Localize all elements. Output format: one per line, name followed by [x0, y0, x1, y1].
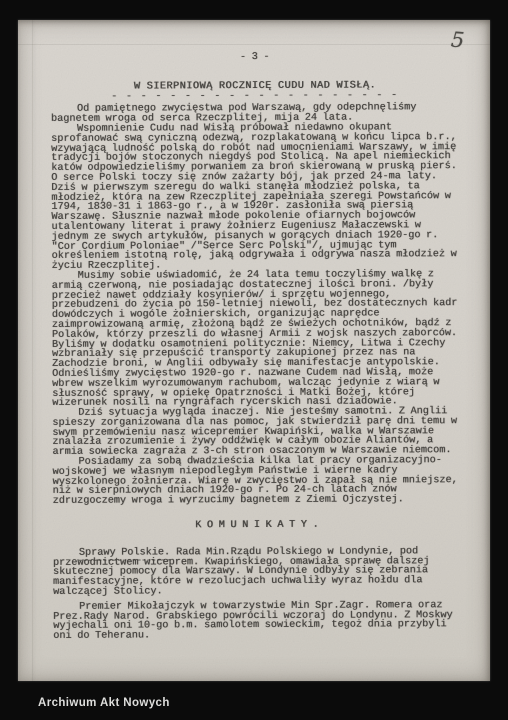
scan-crease-vertical: [32, 20, 33, 681]
article-paragraph-4: Dziś sytuacja wygląda inaczej. Nie jeste…: [52, 407, 460, 458]
article-paragraph-3: Musimy sobie uświadomić, że 24 lata temu…: [52, 270, 461, 409]
komunikat-item-2: Premier Mikołajczyk w towarzystwie Min S…: [53, 601, 461, 642]
article-paragraph-2: Wspomnienie Cudu nad Wisłą próbował nied…: [51, 123, 460, 272]
handwritten-page-number: 5: [450, 28, 465, 53]
scan-viewer: 5 - 3 - W SIERPNIOWĄ ROCZNICĘ CUDU NAD W…: [0, 0, 508, 720]
typed-page-number: - 3 -: [51, 52, 459, 64]
scan-crease-horizontal: [18, 44, 490, 45]
article-paragraph-1: Od pamiętnego zwycięstwa pod Warszawą, g…: [51, 104, 459, 125]
komunikaty-heading: K O M U N I K A T Y .: [53, 520, 461, 532]
komunikat-item-1: Sprawy Polskie.Rada Min.Rządu Polskiego …: [53, 547, 461, 598]
archive-watermark: Archiwum Akt Nowych: [38, 697, 170, 709]
article-paragraph-5: Posiadamy za sobą dwadzieścia kilka lat …: [52, 456, 460, 507]
article-title-underline: - - - - - - - - - - - - - - - - - - - -: [51, 91, 459, 103]
document-page: 5 - 3 - W SIERPNIOWĄ ROCZNICĘ CUDU NAD W…: [18, 20, 490, 681]
typed-text-block: - 3 - W SIERPNIOWĄ ROCZNICĘ CUDU NAD WIS…: [51, 52, 462, 647]
